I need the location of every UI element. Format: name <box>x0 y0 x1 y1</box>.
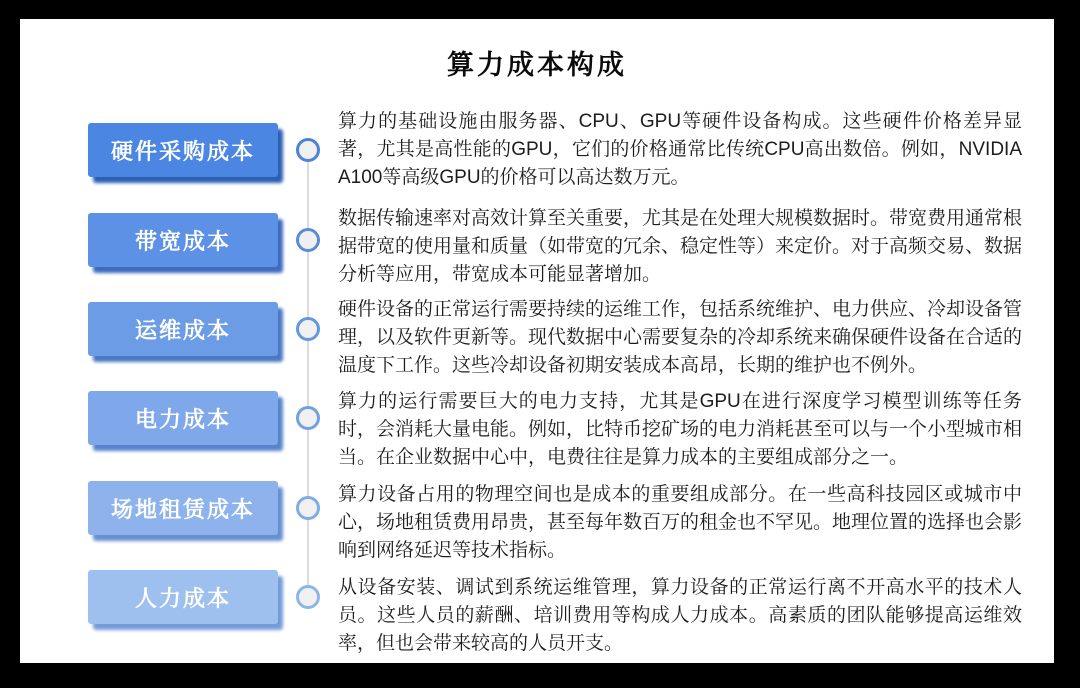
section-hardware-cost: 硬件采购成本 算力的基础设施由服务器、CPU、GPU等硬件设备构成。这些硬件价格… <box>20 19 1054 663</box>
label-box-electricity-cost: 电力成本 <box>88 391 278 445</box>
label-text: 电力成本 <box>135 403 231 434</box>
label-box-operations-cost: 运维成本 <box>88 302 278 356</box>
infographic-canvas: 算力成本构成 硬件采购成本 算力的基础设施由服务器、CPU、GPU等硬件设备构成… <box>20 19 1054 663</box>
label-box-hardware-cost: 硬件采购成本 <box>88 123 278 177</box>
section-electricity-cost: 电力成本 算力的运行需要巨大的电力支持，尤其是GPU在进行深度学习模型训练等任务… <box>20 19 1054 663</box>
section-operations-cost: 运维成本 硬件设备的正常运行需要持续的运维工作，包括系统维护、电力供应、冷却设备… <box>20 19 1054 663</box>
outer-black-frame: 算力成本构成 硬件采购成本 算力的基础设施由服务器、CPU、GPU等硬件设备构成… <box>0 0 1080 688</box>
page-title: 算力成本构成 <box>20 43 1054 82</box>
label-text: 场地租赁成本 <box>111 493 255 524</box>
section-description: 数据传输速率对高效计算至关重要，尤其是在处理大规模数据时。带宽费用通常根据带宽的… <box>338 205 1022 289</box>
section-description: 从设备安装、调试到系统运维管理，算力设备的正常运行离不开高水平的技术人员。这些人… <box>338 574 1022 658</box>
label-text: 运维成本 <box>135 314 231 345</box>
label-box-bandwidth-cost: 带宽成本 <box>88 213 278 267</box>
timeline-line <box>307 150 309 597</box>
section-description: 算力的基础设施由服务器、CPU、GPU等硬件设备构成。这些硬件价格差异显著，尤其… <box>338 108 1022 192</box>
label-text: 带宽成本 <box>135 225 231 256</box>
section-description: 算力的运行需要巨大的电力支持，尤其是GPU在进行深度学习模型训练等任务时，会消耗… <box>338 388 1022 472</box>
label-box-site-rental-cost: 场地租赁成本 <box>88 481 278 535</box>
section-bandwidth-cost: 带宽成本 数据传输速率对高效计算至关重要，尤其是在处理大规模数据时。带宽费用通常… <box>20 19 1054 663</box>
section-description: 硬件设备的正常运行需要持续的运维工作，包括系统维护、电力供应、冷却设备管理，以及… <box>338 296 1022 380</box>
label-text: 人力成本 <box>135 582 231 613</box>
section-site-rental-cost: 场地租赁成本 算力设备占用的物理空间也是成本的重要组成部分。在一些高科技园区或城… <box>20 19 1054 663</box>
section-description: 算力设备占用的物理空间也是成本的重要组成部分。在一些高科技园区或城市中心，场地租… <box>338 481 1022 565</box>
section-labor-cost: 人力成本 从设备安装、调试到系统运维管理，算力设备的正常运行离不开高水平的技术人… <box>20 19 1054 663</box>
label-box-labor-cost: 人力成本 <box>88 570 278 624</box>
label-text: 硬件采购成本 <box>111 135 255 166</box>
